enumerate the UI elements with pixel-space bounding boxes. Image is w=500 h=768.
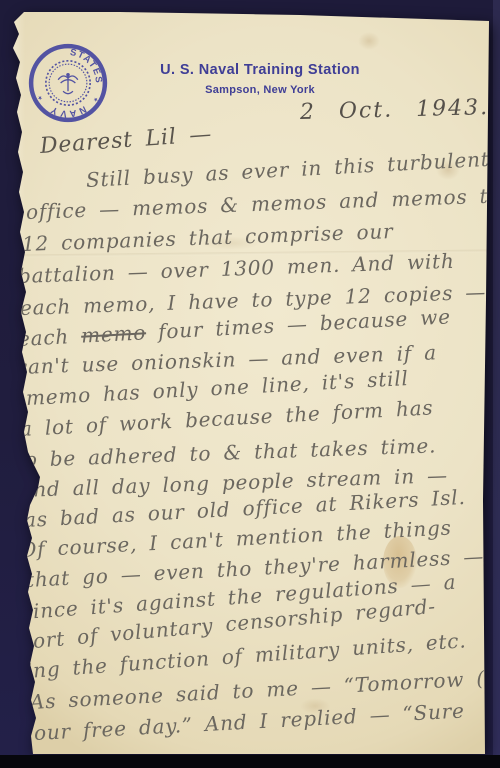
scan-edge <box>0 755 500 768</box>
letterhead-location: Sampson, New York <box>120 84 400 96</box>
navy-seal: UNITED STATES NAVY ★ ★ <box>27 42 109 124</box>
struck-word: memo <box>80 320 146 347</box>
letterhead-organization: U. S. Naval Training Station <box>120 62 400 78</box>
letter-date: 2 Oct. 1943. <box>300 95 490 125</box>
line-segment: each <box>17 324 81 351</box>
seal-eagle-emblem <box>58 73 78 94</box>
letter-salutation: Dearest Lil — <box>39 122 213 159</box>
letter-paper: UNITED STATES NAVY ★ ★ U. S. Naval Train… <box>0 0 500 768</box>
photo-background: UNITED STATES NAVY ★ ★ U. S. Naval Train… <box>0 0 500 768</box>
letter-paper-wrap: UNITED STATES NAVY ★ ★ U. S. Naval Train… <box>0 0 500 768</box>
paper-stain <box>358 32 380 50</box>
